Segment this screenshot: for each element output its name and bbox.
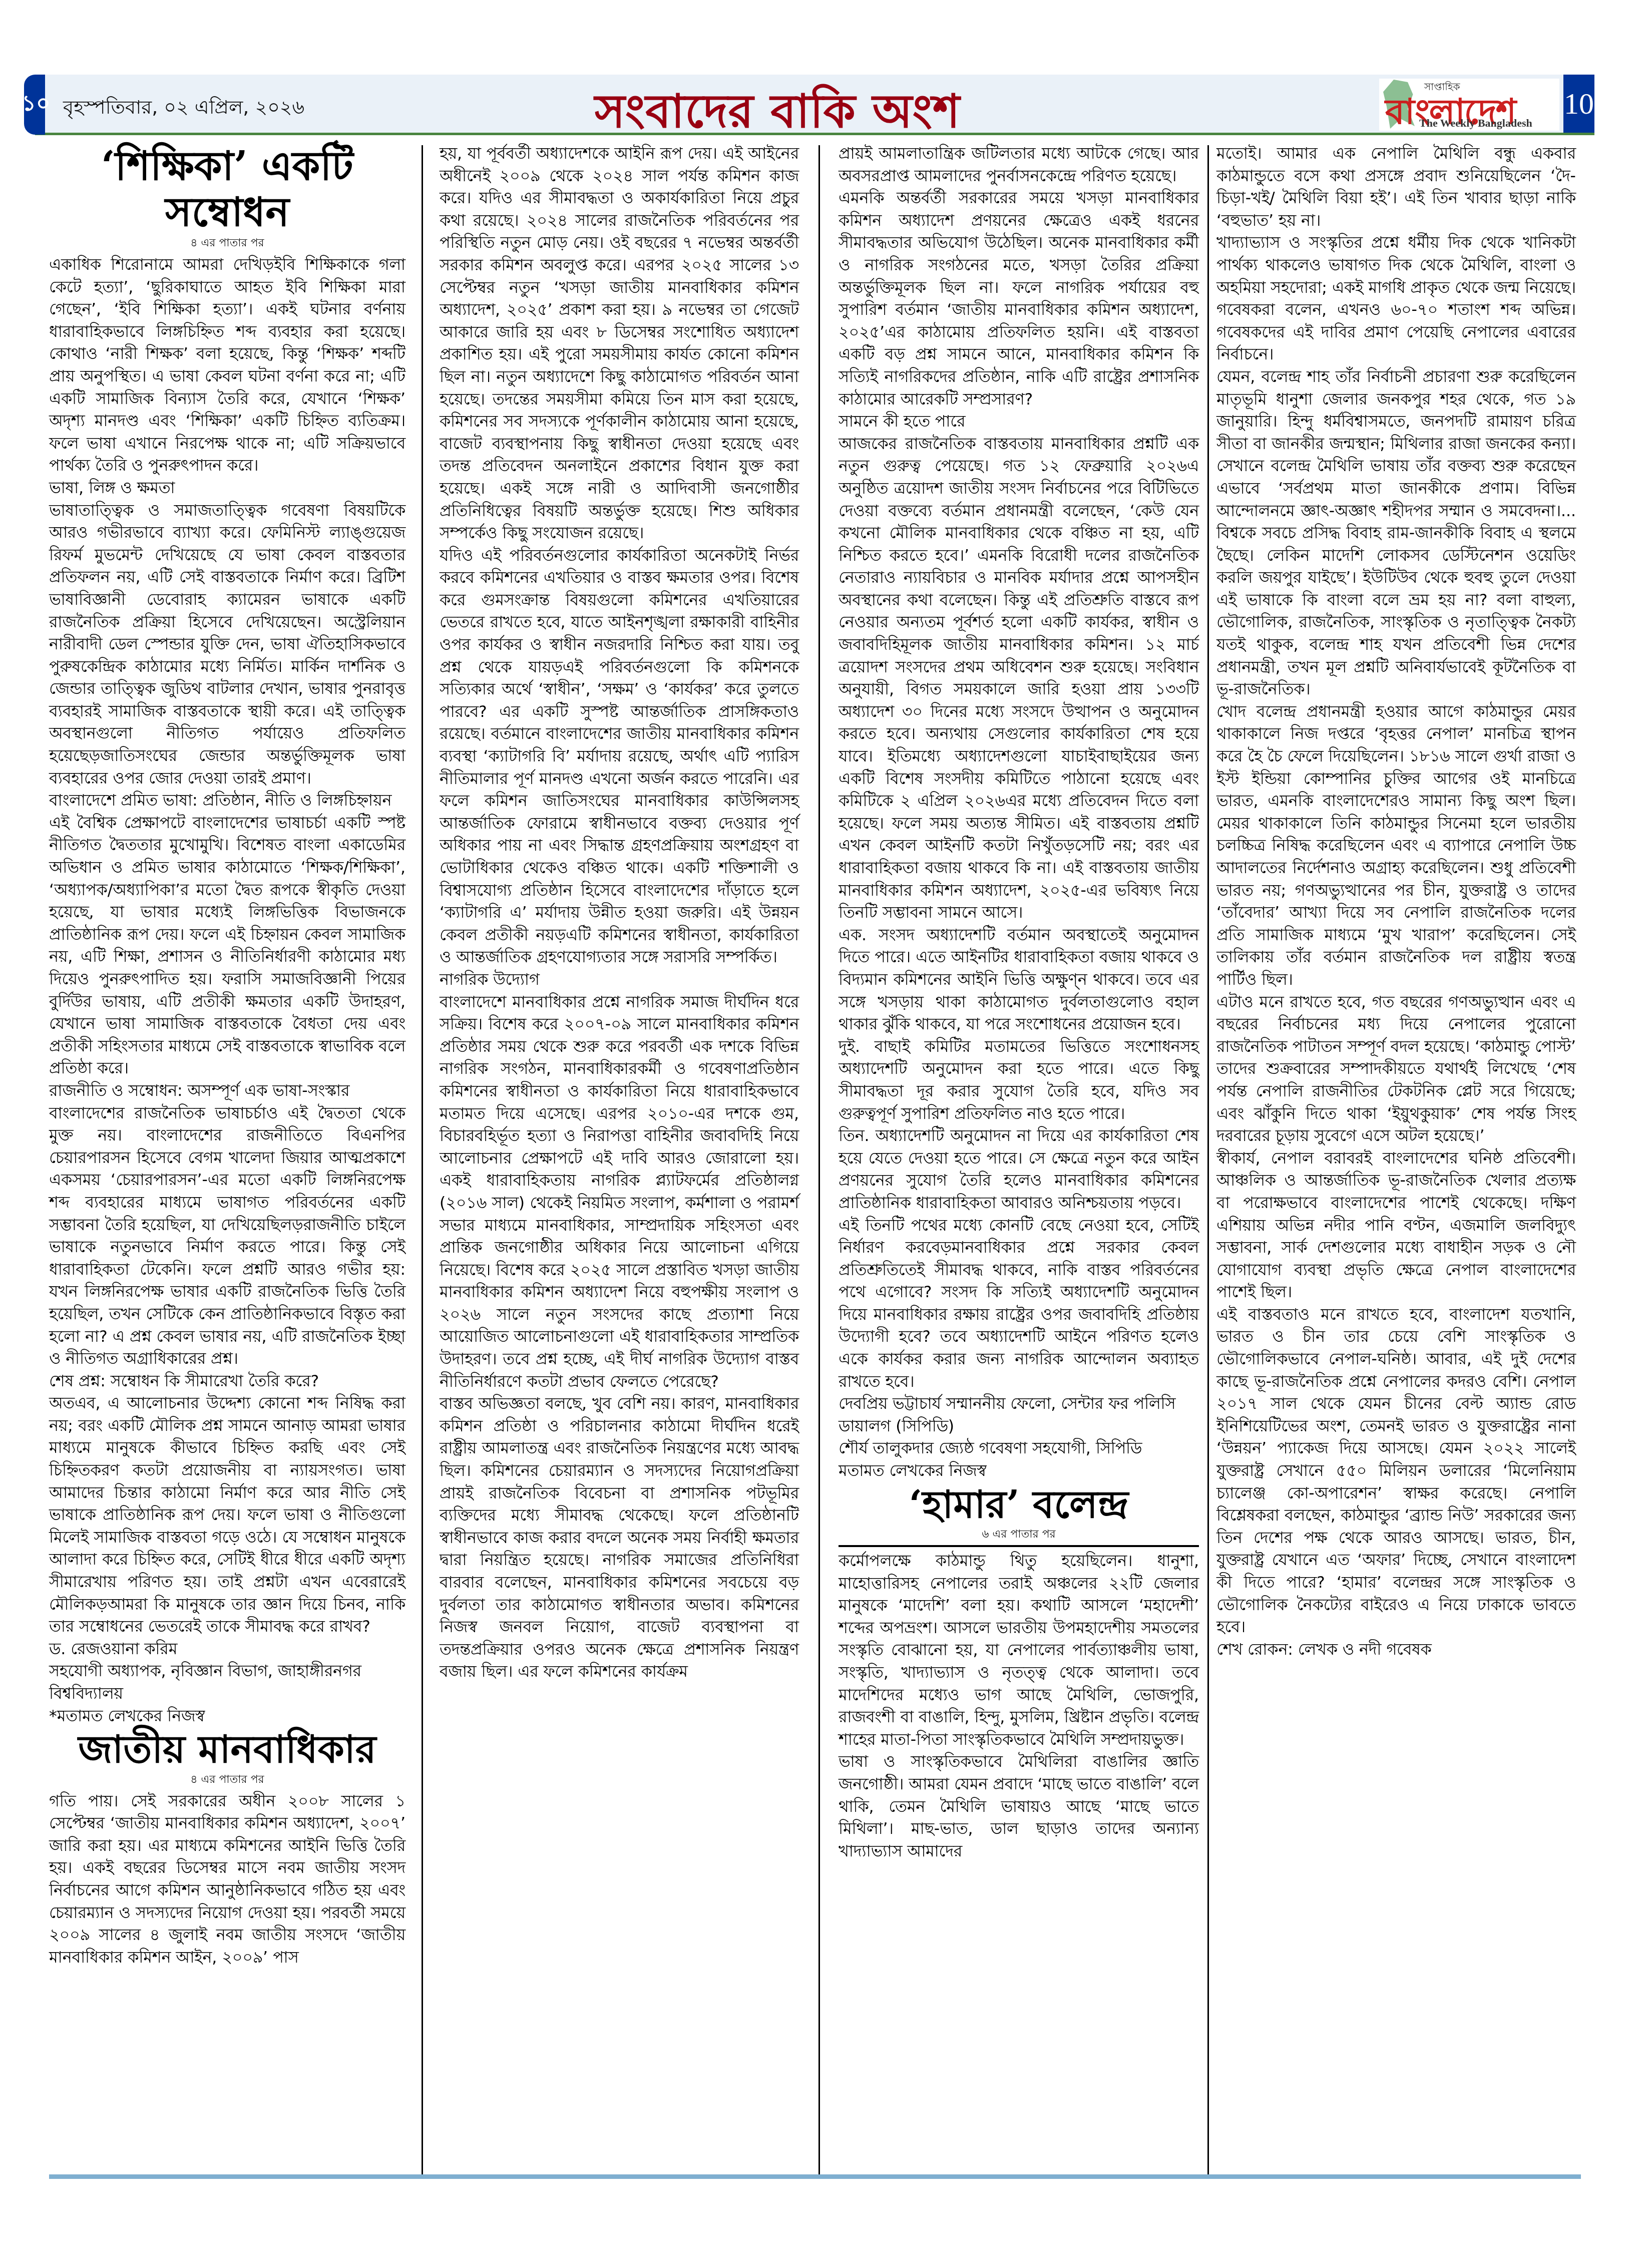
author-line: শৌর্য তালুকদার জ্যেষ্ঠ গবেষণা সহযোগী, সি… bbox=[839, 1437, 1199, 1460]
article-paragraph: ভাষাতাত্ত্বিক ও সমাজতাত্ত্বিক গবেষণা বিষ… bbox=[49, 500, 405, 790]
column-divider bbox=[818, 145, 820, 2178]
author-designation: সহযোগী অধ্যাপক, নৃবিজ্ঞান বিভাগ, জাহাঙ্গ… bbox=[49, 1660, 405, 1705]
page-header: ১০ বৃহস্পতিবার, ০২ এপ্রিল, ২০২৬ সংবাদের … bbox=[24, 75, 1594, 135]
continued-from-label: ৪ এর পাতার পর bbox=[49, 236, 405, 251]
headline-shikkhika: ‘শিক্ষিকা’ একটি সম্বোধন bbox=[49, 143, 405, 235]
column-divider bbox=[422, 145, 423, 2178]
headline-rule bbox=[839, 1545, 1199, 1547]
author-line: দেবপ্রিয় ভট্টাচার্য সম্মাননীয় ফেলো, সে… bbox=[839, 1393, 1199, 1437]
article-paragraph: এই বৈশ্বিক প্রেক্ষাপটে বাংলাদেশের ভাষাচর… bbox=[49, 812, 405, 1080]
article-paragraph: এক. সংসদ অধ্যাদেশটি বর্তমান অবস্থাতেই অন… bbox=[839, 924, 1199, 1036]
article-subheading: রাজনীতি ও সম্বোধন: অসম্পূর্ণ এক ভাষা-সংস… bbox=[49, 1080, 405, 1102]
headline-manobadhikar: জাতীয় মানবাধিকার bbox=[49, 1727, 405, 1771]
article-paragraph: এটাও মনে রাখতে হবে, গত বছরের গণঅভ্যুত্থা… bbox=[1216, 991, 1576, 1148]
article-paragraph: এমনকি অন্তর্বর্তী সরকারের সময়ে খসড়া মা… bbox=[839, 187, 1199, 411]
opinion-disclaimer: *মতামত লেখকের নিজস্ব bbox=[49, 1705, 405, 1728]
section-title: সংবাদের বাকি অংশ bbox=[595, 76, 961, 153]
page-number-bn: ১০ bbox=[22, 87, 50, 123]
author-name: ড. রেজওয়ানা করিম bbox=[49, 1638, 405, 1661]
headline-hamar-balendra: ‘হামার’ বলেন্দ্র bbox=[839, 1482, 1199, 1526]
article-subheading: বাংলাদেশে প্রমিত ভাষা: প্রতিষ্ঠান, নীতি … bbox=[49, 790, 405, 812]
article-paragraph: এই বাস্তবতাও মনে রাখতে হবে, বাংলাদেশ যতখ… bbox=[1216, 1304, 1576, 1639]
article-paragraph: যদিও এই পরিবর্তনগুলোর কার্যকারিতা অনেকটা… bbox=[440, 545, 799, 969]
column-2: হয়, যা পূর্ববর্তী অধ্যাদেশকে আইনি রূপ দ… bbox=[440, 143, 799, 1683]
column-divider bbox=[1207, 145, 1209, 2178]
article-paragraph: দুই. বাছাই কমিটির মতামতের ভিত্তিতে সংশোধ… bbox=[839, 1036, 1199, 1125]
article-paragraph: অতএব, এ আলোচনার উদ্দেশ্য কোনো শব্দ নিষিদ… bbox=[49, 1392, 405, 1638]
article-subheading: শেষ প্রশ্ন: সম্বোধন কি সীমারেখা তৈরি করে… bbox=[49, 1370, 405, 1393]
issue-date: বৃহস্পতিবার, ০২ এপ্রিল, ২০২৬ bbox=[63, 93, 304, 125]
article-paragraph: স্বীকার্য, নেপাল বরাবরই বাংলাদেশের ঘনিষ্… bbox=[1216, 1148, 1576, 1304]
article-paragraph: আজকের রাজনৈতিক বাস্তবতায় মানবাধিকার প্র… bbox=[839, 433, 1199, 924]
article-paragraph: মতোই। আমার এক নেপালি মৈথিলি বন্ধু একবার … bbox=[1216, 143, 1576, 232]
opinion-disclaimer: মতামত লেখকের নিজস্ব bbox=[839, 1460, 1199, 1482]
article-paragraph: কর্মোপলক্ষে কাঠমান্ডু থিতু হয়েছিলেন। ধা… bbox=[839, 1550, 1199, 1751]
page-number-tab-left: ১০ bbox=[24, 75, 45, 135]
article-paragraph: বাংলাদেশের রাজনৈতিক ভাষাচর্চাও এই দ্বৈতত… bbox=[49, 1102, 405, 1370]
article-paragraph: হয়, যা পূর্ববর্তী অধ্যাদেশকে আইনি রূপ দ… bbox=[440, 143, 799, 545]
footer-rule bbox=[49, 2174, 1581, 2179]
column-1: ‘শিক্ষিকা’ একটি সম্বোধন ৪ এর পাতার পর এক… bbox=[49, 143, 405, 1969]
article-paragraph: এই তিনটি পথের মধ্যে কোনটি বেছে নেওয়া হব… bbox=[839, 1215, 1199, 1393]
article-paragraph: খোদ বলেন্দ্র প্রধানমন্ত্রী হওয়ার আগে কা… bbox=[1216, 701, 1576, 991]
article-subheading: ভাষা, লিঙ্গ ও ক্ষমতা bbox=[49, 477, 405, 500]
article-paragraph: প্রায়ই আমলাতান্ত্রিক জটিলতার মধ্যে আটকে… bbox=[839, 143, 1199, 187]
newspaper-logo: সাপ্তাহিক বাংলাদেশ The Weekly Bangladesh bbox=[1379, 79, 1559, 131]
continued-from-label: ৬ এর পাতার পর bbox=[839, 1527, 1199, 1542]
article-paragraph: বাস্তব অভিজ্ঞতা বলছে, খুব বেশি নয়। কারণ… bbox=[440, 1393, 799, 1683]
article-paragraph: গতি পায়। সেই সরকারের অধীন ২০০৮ সালের ১ … bbox=[49, 1790, 405, 1969]
author-line: শেখ রোকন: লেখক ও নদী গবেষক bbox=[1216, 1639, 1576, 1661]
article-paragraph: বাংলাদেশে মানবাধিকার প্রশ্নে নাগরিক সমাজ… bbox=[440, 991, 799, 1393]
column-4: মতোই। আমার এক নেপালি মৈথিলি বন্ধু একবার … bbox=[1216, 143, 1576, 1661]
article-paragraph: তিন. অধ্যাদেশটি অনুমোদন না দিয়ে এর কার্… bbox=[839, 1125, 1199, 1214]
logo-english-name: The Weekly Bangladesh bbox=[1419, 117, 1532, 130]
article-subheading: সামনে কী হতে পারে bbox=[839, 411, 1199, 433]
article-paragraph: যেমন, বলেন্দ্র শাহ তাঁর নির্বাচনী প্রচার… bbox=[1216, 366, 1576, 701]
article-paragraph: একাধিক শিরোনামে আমরা দেখিড়ইবি শিক্ষিকাক… bbox=[49, 254, 405, 477]
continued-from-label: ৪ এর পাতার পর bbox=[49, 1772, 405, 1787]
page-number-tab-right: 10 bbox=[1563, 75, 1594, 133]
article-paragraph: খাদ্যাভ্যাস ও সংস্কৃতির প্রশ্নে ধর্মীয় … bbox=[1216, 232, 1576, 366]
article-paragraph: ভাষা ও সাংস্কৃতিকভাবে মৈথিলিরা বাঙালির জ… bbox=[839, 1751, 1199, 1862]
logo-name: বাংলাদেশ bbox=[1385, 85, 1515, 143]
article-subheading: নাগরিক উদ্যোগ bbox=[440, 969, 799, 991]
column-3: প্রায়ই আমলাতান্ত্রিক জটিলতার মধ্যে আটকে… bbox=[839, 143, 1199, 1862]
